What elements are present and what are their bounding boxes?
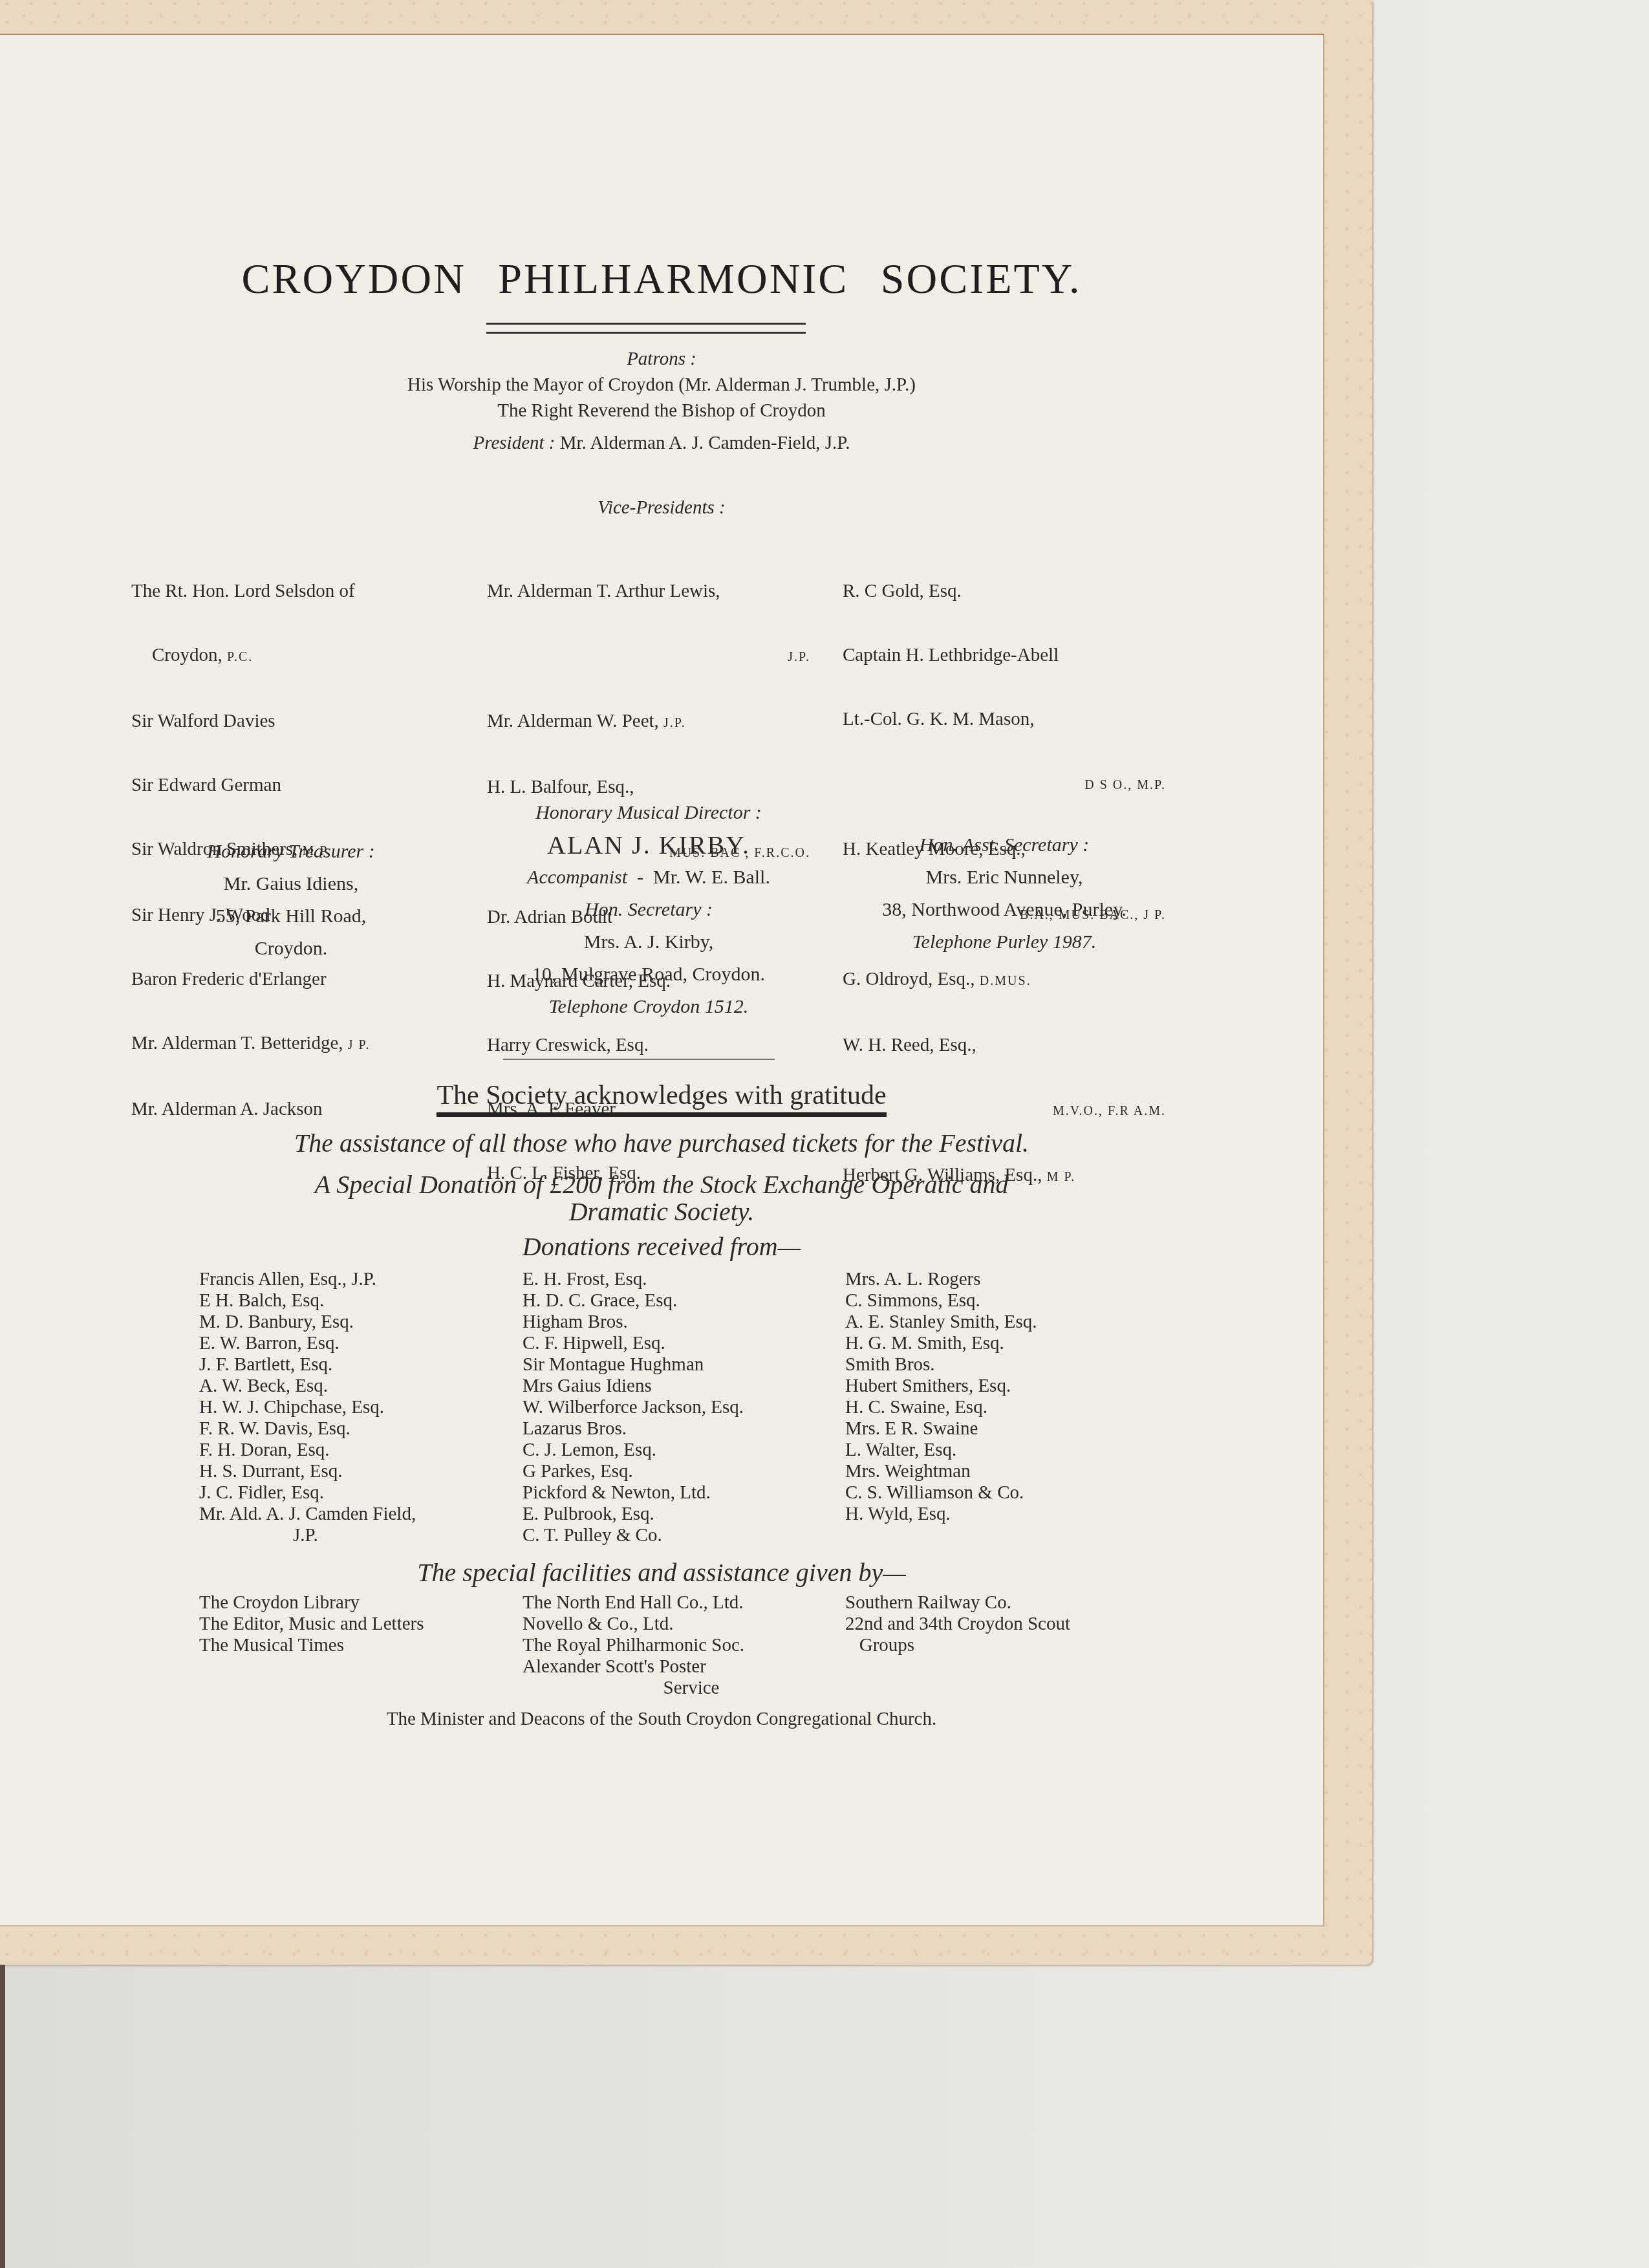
asst-secretary-block: Hon. Asst. Secretary : Mrs. Eric Nunnele… [836,829,1172,958]
vp-entry: D S O., M.P. [843,773,1166,796]
programme-page: CROYDON PHILHARMONIC SOCIETY. Patrons : … [0,0,1372,1965]
title-double-rule [486,323,806,334]
donor: E. W. Barron, Esq. [199,1333,416,1354]
donor: Mrs. E R. Swaine [845,1418,1037,1440]
donor: Lazarus Bros. [523,1418,744,1440]
president-label: President : [473,433,555,453]
secretary-line: 10, Mulgrave Road, Croydon. [468,958,830,991]
asst-secretary-label: Hon. Asst. Secretary : [836,829,1172,861]
director-label: Honorary Musical Director : [468,797,830,829]
facility: The Musical Times [199,1635,424,1656]
facility: Service [523,1678,744,1699]
donor: Mrs. Weightman [845,1461,1037,1482]
secretary-line: Mrs. A. J. Kirby, [468,926,830,958]
donor: Pickford & Newton, Ltd. [523,1482,744,1504]
donor: C. J. Lemon, Esq. [523,1440,744,1461]
donor: J.P. [199,1525,416,1546]
donor: W. Wilberforce Jackson, Esq. [523,1397,744,1418]
donor: Higham Bros. [523,1312,744,1333]
vp-entry: H. L. Balfour, Esq., [487,777,810,798]
accompanist-line: Accompanist - Mr. W. E. Ball. [468,861,830,894]
donor: H. S. Durrant, Esq. [199,1461,416,1482]
donors-col-3: Mrs. A. L. Rogers C. Simmons, Esq. A. E.… [845,1269,1037,1525]
vp-entry: Harry Creswick, Esq. [487,1035,810,1056]
vp-entry: R. C Gold, Esq. [843,581,1166,602]
asst-secretary-line: 38, Northwood Avenue, Purley. [836,894,1172,926]
donor: H. D. C. Grace, Esq. [523,1290,744,1312]
vp-entry: The Rt. Hon. Lord Selsdon of [131,581,455,602]
vp-entry: G. Oldroyd, Esq., D.MUS. [843,969,1166,992]
donor: Smith Bros. [845,1354,1037,1376]
vp-entry: Lt.-Col. G. K. M. Mason, [843,709,1166,730]
donor: C. F. Hipwell, Esq. [523,1333,744,1354]
ack-donation-line: A Special Donation of £200 from the Stoc… [0,1171,1323,1199]
facility: Groups [845,1635,1070,1656]
secretary-telephone: Telephone Croydon 1512. [468,991,830,1023]
closing-line: The Minister and Deacons of the South Cr… [0,1709,1323,1730]
acknowledgement-heading: The Society acknowledges with gratitude [0,1080,1323,1117]
section-divider [503,1059,775,1060]
facility: Novello & Co., Ltd. [523,1614,744,1635]
treasurer-line: Mr. Gaius Idiens, [168,868,414,900]
vp-entry: Croydon, P.C. [131,645,455,668]
donor: J. C. Fidler, Esq. [199,1482,416,1504]
facilities-col-1: The Croydon Library The Editor, Music an… [199,1592,424,1656]
page-content: CROYDON PHILHARMONIC SOCIETY. Patrons : … [0,35,1323,1925]
facilities-col-3: Southern Railway Co. 22nd and 34th Croyd… [845,1592,1070,1656]
page-title: CROYDON PHILHARMONIC SOCIETY. [0,255,1323,304]
vp-entry: Mr. Alderman T. Betteridge, J P. [131,1033,455,1056]
president-name: Mr. Alderman A. J. Camden-Field, J.P. [560,433,850,453]
donor: A. E. Stanley Smith, Esq. [845,1312,1037,1333]
donor: C. Simmons, Esq. [845,1290,1037,1312]
treasurer-label: Honorary Treasurer : [168,836,414,868]
donor: E. Pulbrook, Esq. [523,1504,744,1525]
treasurer-line: Croydon. [168,933,414,965]
donor: H. W. J. Chipchase, Esq. [199,1397,416,1418]
director-name: ALAN J. KIRBY. [468,829,830,861]
secretary-label: Hon. Secretary : [468,894,830,926]
scan-edge-strip [0,1960,5,2268]
donor: A. W. Beck, Esq. [199,1376,416,1397]
donor: Francis Allen, Esq., J.P. [199,1269,416,1290]
facilities-col-2: The North End Hall Co., Ltd. Novello & C… [523,1592,744,1699]
facilities-label: The special facilities and assistance gi… [0,1559,1323,1587]
ack-donation-line-2: Dramatic Society. [0,1198,1323,1226]
donor: Sir Montague Hughman [523,1354,744,1376]
patron-line: The Right Reverend the Bishop of Croydon [0,400,1323,422]
ack-tickets-line: The assistance of all those who have pur… [0,1129,1323,1158]
donor: G Parkes, Esq. [523,1461,744,1482]
facility: The Croydon Library [199,1592,424,1614]
treasurer-line: 55, Park Hill Road, [168,900,414,933]
vp-entry: Captain H. Lethbridge-Abell [843,645,1166,666]
vp-entry: Mr. Alderman W. Peet, J.P. [487,711,810,734]
donor: J. F. Bartlett, Esq. [199,1354,416,1376]
donor: F. R. W. Davis, Esq. [199,1418,416,1440]
patrons-label: Patrons : [0,349,1323,370]
donors-col-2: E. H. Frost, Esq. H. D. C. Grace, Esq. H… [523,1269,744,1546]
vp-entry: Baron Frederic d'Erlanger [131,969,455,990]
president-line: President : Mr. Alderman A. J. Camden-Fi… [0,433,1323,454]
director-block: Honorary Musical Director : ALAN J. KIRB… [468,797,830,1023]
donor: F. H. Doran, Esq. [199,1440,416,1461]
vp-entry: J.P. [487,645,810,668]
vp-entry: W. H. Reed, Esq., [843,1035,1166,1056]
facility: The Editor, Music and Letters [199,1614,424,1635]
vp-entry: Sir Edward German [131,775,455,796]
patron-line: His Worship the Mayor of Croydon (Mr. Al… [0,374,1323,396]
donor: H. G. M. Smith, Esq. [845,1333,1037,1354]
vp-entry: Sir Walford Davies [131,711,455,732]
donor: Mrs. A. L. Rogers [845,1269,1037,1290]
donor: E. H. Frost, Esq. [523,1269,744,1290]
donor: L. Walter, Esq. [845,1440,1037,1461]
asst-secretary-line: Mrs. Eric Nunneley, [836,861,1172,894]
treasurer-block: Honorary Treasurer : Mr. Gaius Idiens, 5… [168,836,414,965]
facility: 22nd and 34th Croydon Scout [845,1614,1070,1635]
donor: Mr. Ald. A. J. Camden Field, [199,1504,416,1525]
donor: E H. Balch, Esq. [199,1290,416,1312]
donor: C. T. Pulley & Co. [523,1525,744,1546]
vice-presidents-label: Vice-Presidents : [0,497,1323,519]
donors-col-1: Francis Allen, Esq., J.P. E H. Balch, Es… [199,1269,416,1546]
donor: H. C. Swaine, Esq. [845,1397,1037,1418]
donations-label: Donations received from— [0,1233,1323,1261]
vp-entry: Mr. Alderman T. Arthur Lewis, [487,581,810,602]
printed-sheet: CROYDON PHILHARMONIC SOCIETY. Patrons : … [0,34,1324,1927]
asst-secretary-telephone: Telephone Purley 1987. [836,926,1172,958]
donor: M. D. Banbury, Esq. [199,1312,416,1333]
donor: Mrs Gaius Idiens [523,1376,744,1397]
facility: Southern Railway Co. [845,1592,1070,1614]
donor: Hubert Smithers, Esq. [845,1376,1037,1397]
facility: Alexander Scott's Poster [523,1656,744,1678]
donor: H. Wyld, Esq. [845,1504,1037,1525]
facility: The North End Hall Co., Ltd. [523,1592,744,1614]
facility: The Royal Philharmonic Soc. [523,1635,744,1656]
donor: C. S. Williamson & Co. [845,1482,1037,1504]
